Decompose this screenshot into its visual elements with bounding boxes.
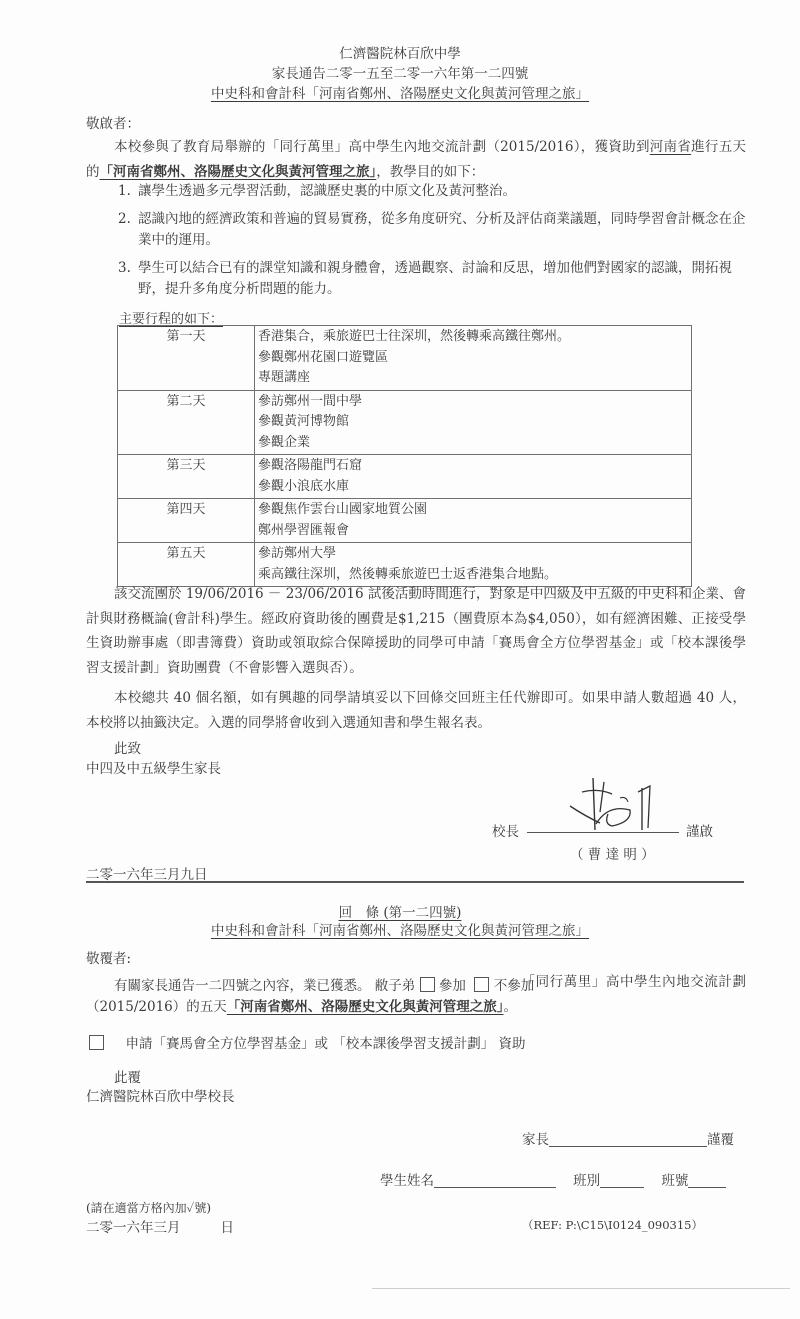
reply-ci-fu: 此覆 <box>114 1066 141 1086</box>
principal-signature-icon <box>560 768 680 836</box>
activity: 專題講座 <box>258 368 688 389</box>
aim-text: 學生可以結合已有的課堂知識和親身體會，透過觀察、討論和反思，增加他們對國家的認識… <box>138 260 732 297</box>
teaching-aims-list: 1.讓學生透過多元學習活動，認識歷史裏的中原文化及黃河整治。 2.認識內地的經濟… <box>86 181 746 307</box>
itinerary-day: 第四天 <box>118 499 255 543</box>
activity: 參觀鄭州花園口遊覽區 <box>258 348 688 369</box>
activity: 參訪鄭州一間中學 <box>258 392 688 413</box>
parent-respectfully: 謹覆 <box>707 1132 734 1148</box>
itinerary-row: 第二天 參訪鄭州一間中學 參觀黃河博物館 參觀企業 <box>118 390 692 455</box>
class-number-field[interactable] <box>688 1173 726 1188</box>
itinerary-activities: 參訪鄭州一間中學 參觀黃河博物館 參觀企業 <box>255 390 692 455</box>
itinerary-row: 第五天 參訪鄭州大學 乘高鐵往深圳，然後轉乘旅遊巴士返香港集合地點。 <box>118 543 692 587</box>
closing-recipients: 中四及中五級學生家長 <box>86 757 221 777</box>
reply-addressee: 仁濟醫院林百欣中學校長 <box>86 1085 235 1105</box>
student-name-label: 學生姓名 <box>380 1173 434 1189</box>
details-paragraph: 該交流團於 19/06/2016 － 23/06/2016 試後活動時間進行，對… <box>86 582 746 680</box>
itinerary-row: 第三天 參觀洛陽龍門石窟 參觀小浪底水庫 <box>118 455 692 499</box>
aim-item: 3.學生可以結合已有的課堂知識和親身體會，透過觀察、討論和反思，增加他們對國家的… <box>86 258 746 300</box>
aim-text: 認識內地的經濟政策和普遍的貿易實務，從多角度研究、分析及評估商業議題，同時學習會… <box>138 211 746 248</box>
acknowledgement-paragraph: 有關家長通告一二四號之內容，業已獲悉。 敝子弟 □ 參加 □ 不參加 「同行萬里… <box>86 970 746 1019</box>
activity: 鄭州學習匯報會 <box>258 521 688 542</box>
notice-subject-title: 中史科和會計科「河南省鄭州、洛陽歷史文化與黃河管理之旅」 <box>211 86 589 102</box>
parent-label: 家長 <box>522 1132 549 1148</box>
tick-instruction: (請在適當方格內加✓號) <box>86 1199 211 1216</box>
school-name: 仁濟醫院林百欣中學 <box>0 42 800 62</box>
intro-paragraph: 本校參與了教育局舉辦的「同行萬里」高中學生內地交流計劃（2015/2016），獲… <box>86 135 746 184</box>
intro-text-1: 本校參與了教育局舉辦的「同行萬里」高中學生內地交流計劃（2015/2016），獲… <box>114 139 650 155</box>
scan-artifact-line <box>372 1288 790 1289</box>
intro-text-3: ，教學目的如下： <box>376 164 484 180</box>
ack-end: 。 <box>504 999 518 1015</box>
activity: 參觀小浪底水庫 <box>258 477 688 498</box>
class-label: 班別 <box>573 1173 600 1189</box>
reply-date-row: 二零一六年三月日 <box>86 1216 234 1236</box>
parent-signature-row: 家長謹覆 <box>522 1128 734 1148</box>
tear-off-divider <box>86 881 744 883</box>
activity: 參訪鄭州大學 <box>258 544 688 565</box>
reply-salutation: 敬覆者: <box>86 947 131 967</box>
notice-date: 二零一六年三月九日 <box>86 863 208 883</box>
notice-number: 家長通告二零一五至二零一六年第一二四號 <box>0 62 800 82</box>
aim-text: 讓學生透過多元學習活動，認識歷史裏的中原文化及黃河整治。 <box>138 183 516 199</box>
itinerary-row: 第四天 參觀焦作雲台山國家地質公園 鄭州學習匯報會 <box>118 499 692 543</box>
itinerary-activities: 參訪鄭州大學 乘高鐵往深圳，然後轉乘旅遊巴士返香港集合地點。 <box>255 543 692 587</box>
itinerary-activities: 香港集合，乘旅遊巴士往深圳，然後轉乘高鐵往鄭州。 參觀鄭州花園口遊覽區 專題講座 <box>255 326 692 391</box>
activity: 參觀焦作雲台山國家地質公園 <box>258 500 688 521</box>
salutation: 敬啟者： <box>86 112 140 132</box>
quota-paragraph: 本校總共 40 個名額，如有興趣的同學請填妥以下回條交回班主任代辦即可。如果申請… <box>86 686 746 735</box>
activity: 參觀黃河博物館 <box>258 412 688 433</box>
aim-number: 2. <box>118 209 131 230</box>
itinerary-day: 第一天 <box>118 326 255 391</box>
itinerary-day: 第三天 <box>118 455 255 499</box>
signature-line <box>527 832 679 833</box>
aim-number: 3. <box>118 258 131 279</box>
student-info-row: 學生姓名 班別 班號 <box>380 1169 726 1189</box>
apply-funding-label: 申請「賽馬會全方位學習基金」或 「校本課後學習支援計劃」 資助 <box>125 1036 525 1052</box>
reply-day-field[interactable] <box>181 1221 221 1235</box>
itinerary-day: 第二天 <box>118 390 255 455</box>
itinerary-day: 第五天 <box>118 543 255 587</box>
reference-code: （REF: P:\C15\I0124_090315） <box>522 1217 703 1233</box>
activity: 參觀企業 <box>258 433 688 454</box>
intro-trip-name: 「河南省鄭州、洛陽歷史文化與黃河管理之旅」 <box>100 164 377 180</box>
aim-item: 2.認識內地的經濟政策和普遍的貿易實務，從多角度研究、分析及評估商業議題，同時學… <box>86 209 746 251</box>
funding-application-row: 申請「賽馬會全方位學習基金」或 「校本課後學習支援計劃」 資助 <box>89 1032 526 1052</box>
principal-name: （ 曹 達 明 ） <box>570 843 655 863</box>
closing-respectfully: 謹啟 <box>686 820 713 840</box>
principal-label: 校長 <box>492 820 519 840</box>
itinerary-activities: 參觀洛陽龍門石窟 參觀小浪底水庫 <box>255 455 692 499</box>
class-field[interactable] <box>600 1173 644 1188</box>
class-number-label: 班號 <box>661 1173 688 1189</box>
ack-trip-name: 「河南省鄭州、洛陽歷史文化與黃河管理之旅」 <box>227 999 504 1015</box>
aim-number: 1. <box>118 181 131 202</box>
reply-date-day-label: 日 <box>221 1220 235 1236</box>
reply-date-prefix: 二零一六年三月 <box>86 1220 181 1236</box>
itinerary-table: 第一天 香港集合，乘旅遊巴士往深圳，然後轉乘高鐵往鄭州。 參觀鄭州花園口遊覽區 … <box>117 325 692 587</box>
aim-item: 1.讓學生透過多元學習活動，認識歷史裏的中原文化及黃河整治。 <box>86 181 746 202</box>
activity: 參觀洛陽龍門石窟 <box>258 456 688 477</box>
closing-ci-zhi: 此致 <box>114 737 141 757</box>
student-name-field[interactable] <box>434 1173 556 1188</box>
parent-signature-field[interactable] <box>549 1132 707 1147</box>
reply-slip-subject-title: 中史科和會計科「河南省鄭州、洛陽歷史文化與黃河管理之旅」 <box>211 923 589 939</box>
activity: 香港集合，乘旅遊巴士往深圳，然後轉乘高鐵往鄭州。 <box>258 327 688 348</box>
itinerary-row: 第一天 香港集合，乘旅遊巴士往深圳，然後轉乘高鐵往鄭州。 參觀鄭州花園口遊覽區 … <box>118 326 692 391</box>
itinerary-activities: 參觀焦作雲台山國家地質公園 鄭州學習匯報會 <box>255 499 692 543</box>
intro-province: 河南省 <box>650 139 691 155</box>
apply-funding-checkbox[interactable] <box>89 1035 104 1050</box>
